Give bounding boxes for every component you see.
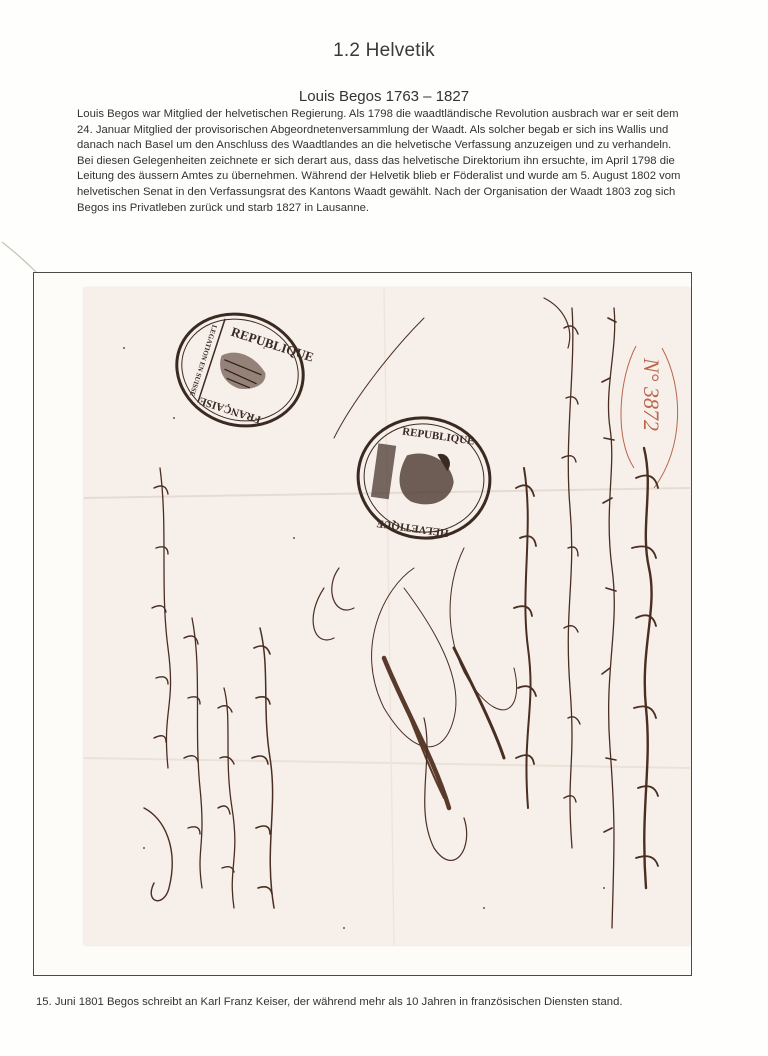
intro-text: Louis Begos war Mitglied der helvetische… <box>77 107 687 216</box>
page-title: 1.2 Helvetik <box>0 40 768 62</box>
helvetic-republic-stamp: REPUBLIQUE HELVETIQUE <box>350 409 497 546</box>
stamp-top-text: REPUBLIQUE <box>401 426 475 448</box>
section-title: Louis Begos 1763 – 1827 <box>0 88 768 105</box>
handwritten-address <box>144 298 658 928</box>
svg-text:N° 3872: N° 3872 <box>639 357 664 431</box>
exhibit-caption: 15. Juni 1801 Begos schreibt an Karl Fra… <box>36 996 736 1008</box>
french-republic-stamp: REPUBLIQUE FRANÇAISE LEGATION EN SUISSE <box>162 298 320 443</box>
intro-paragraph: Bei diesen Gelegenheiten zeichnete er si… <box>77 154 687 216</box>
exhibit-frame: REPUBLIQUE FRANÇAISE LEGATION EN SUISSE … <box>33 272 692 976</box>
red-number-annotation: N° 3872 <box>621 346 678 488</box>
letter-image: REPUBLIQUE FRANÇAISE LEGATION EN SUISSE … <box>84 288 690 945</box>
intro-paragraph: Louis Begos war Mitglied der helvetische… <box>77 107 687 154</box>
